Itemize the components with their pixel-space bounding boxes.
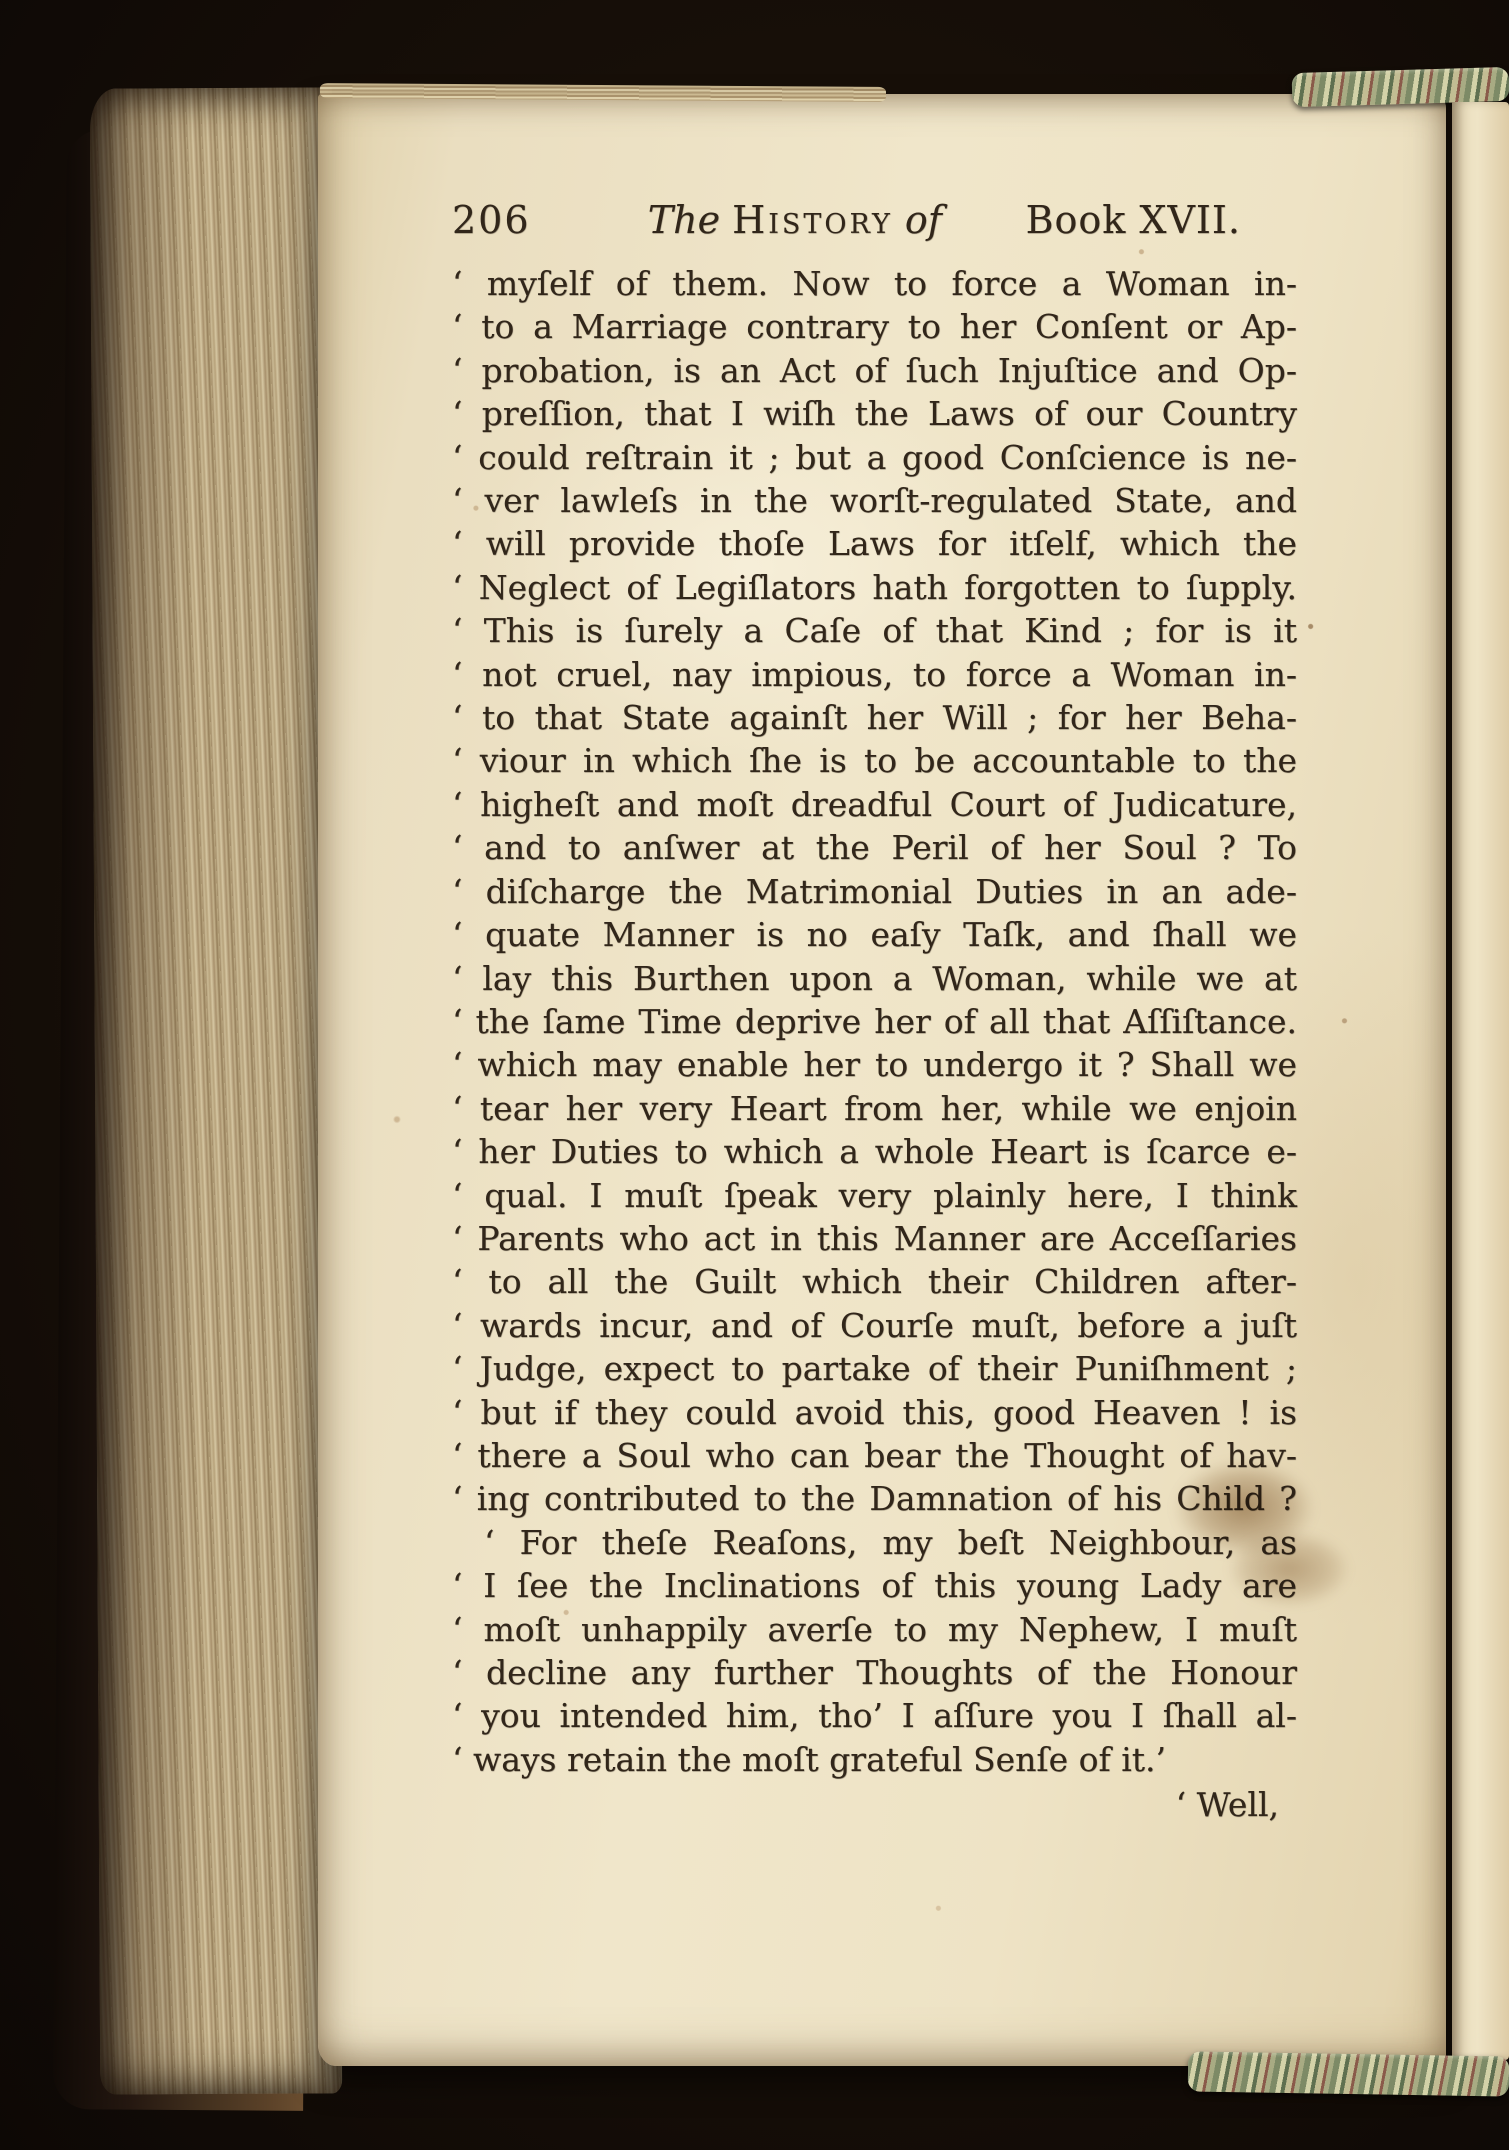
running-title-history: History (732, 198, 893, 242)
book-page: 206 TheHistoryof Book XVII. ‘ myſelf of … (318, 94, 1446, 2066)
text-line: ‘ decline any further Thoughts of the Ho… (452, 1651, 1297, 1694)
text-line: ‘ diſcharge the Matrimonial Duties in an… (452, 870, 1297, 913)
text-line: ‘ could reſtrain it ; but a good Conſcie… (452, 436, 1297, 479)
text-line: ‘ viour in which ſhe is to be accountabl… (452, 739, 1297, 782)
text-line: ‘ the ſame Time deprive her of all that … (452, 1000, 1297, 1043)
text-line: ‘ This is ſurely a Caſe of that Kind ; f… (452, 609, 1297, 652)
text-line: ‘ probation, is an Act of ſuch Injuſtice… (452, 349, 1297, 392)
text-line: ‘ For theſe Reaſons, my beſt Neighbour, … (452, 1521, 1297, 1564)
text-line: ‘ wards incur, and of Courſe muſt, befor… (452, 1304, 1297, 1347)
text-line: ‘ her Duties to which a whole Heart is ſ… (452, 1130, 1297, 1173)
text-line: ‘ higheſt and moſt dreadful Court of Jud… (452, 783, 1297, 826)
text-line: ‘ to a Marriage contrary to her Conſent … (452, 305, 1297, 348)
text-line: ‘ I ſee the Inclinations of this young L… (452, 1564, 1297, 1607)
text-line: ‘ ing contributed to the Damnation of hi… (452, 1477, 1297, 1520)
running-title-the: The (648, 198, 720, 242)
text-line: ‘ Neglect of Legiſlators hath forgotten … (452, 566, 1297, 609)
text-line: ‘ ver lawleſs in the worſt-regulated Sta… (452, 479, 1297, 522)
catchword: ‘ Well, (452, 1783, 1297, 1826)
text-line: ‘ myſelf of them. Now to force a Woman i… (452, 262, 1297, 305)
book-photo: 206 TheHistoryof Book XVII. ‘ myſelf of … (0, 0, 1509, 2150)
text-line: ‘ which may enable her to undergo it ? S… (452, 1043, 1297, 1086)
text-line: ‘ and to anſwer at the Peril of her Soul… (452, 826, 1297, 869)
text-line: ‘ to all the Guilt which their Children … (452, 1260, 1297, 1303)
headband-bottom (1188, 2051, 1509, 2096)
body-text: ‘ myſelf of them. Now to force a Woman i… (452, 262, 1297, 1781)
page-text: 206 TheHistoryof Book XVII. ‘ myſelf of … (452, 198, 1297, 1827)
running-title-of: of (905, 198, 942, 242)
text-line: ‘ not cruel, nay impious, to force a Wom… (452, 653, 1297, 696)
text-line: ‘ qual. I muſt ſpeak very plainly here, … (452, 1174, 1297, 1217)
text-line: ‘ Judge, expect to partake of their Puni… (452, 1347, 1297, 1390)
book-chapter-label: Book XVII. (1026, 198, 1241, 242)
running-title: TheHistoryof (582, 198, 1008, 242)
fanned-page-edges (90, 87, 343, 2094)
text-line: ‘ lay this Burthen upon a Woman, while w… (452, 957, 1297, 1000)
page-number: 206 (452, 198, 600, 242)
text-line: ‘ but if they could avoid this, good Hea… (452, 1391, 1297, 1434)
text-line: ‘ quate Manner is no eaſy Taſk, and ſhal… (452, 913, 1297, 956)
text-line: ‘ you intended him, tho’ I aſſure you I … (452, 1694, 1297, 1737)
text-line: ‘ there a Soul who can bear the Thought … (452, 1434, 1297, 1477)
text-line: ‘ to that State againſt her Will ; for h… (452, 696, 1297, 739)
text-line: ‘ preſſion, that I wiſh the Laws of our … (452, 392, 1297, 435)
text-line: ‘ moſt unhappily averſe to my Nephew, I … (452, 1608, 1297, 1651)
text-line: ‘ will provide thoſe Laws for itſelf, wh… (452, 522, 1297, 565)
text-line: ‘ ways retain the moſt grateful Senſe of… (452, 1738, 1297, 1781)
running-header: 206 TheHistoryof Book XVII. (452, 198, 1297, 242)
facing-page-edge (1452, 102, 1509, 2060)
text-line: ‘ Parents who act in this Manner are Acc… (452, 1217, 1297, 1260)
text-line: ‘ tear her very Heart from her, while we… (452, 1087, 1297, 1130)
